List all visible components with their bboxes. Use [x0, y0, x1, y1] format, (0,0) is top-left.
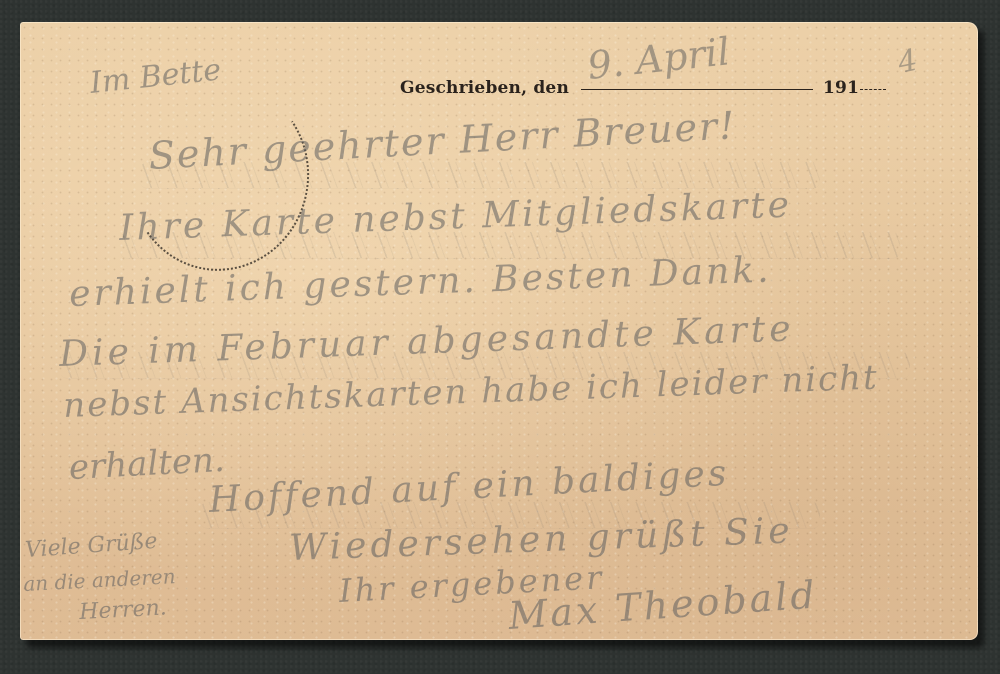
printed-year-prefix: 191 — [823, 78, 859, 98]
body-line-5: erhalten. — [68, 440, 226, 488]
pencil-stroke-texture — [120, 232, 900, 259]
year-underline — [860, 88, 886, 90]
printed-label: Geschrieben, den — [400, 78, 569, 98]
pencil-stroke-texture — [60, 352, 910, 379]
pencil-stroke-texture — [200, 502, 820, 529]
postcard: Geschrieben, den 191 9. April 4 Im Bette… — [20, 22, 978, 640]
handwritten-year-digit: 4 — [895, 43, 921, 81]
margin-note-line-2: an die anderen — [23, 564, 176, 596]
pencil-stroke-texture — [140, 162, 820, 189]
margin-note-line-1: Viele Grüße — [24, 529, 158, 563]
margin-note-line-3: Herren. — [79, 595, 168, 625]
date-underline — [581, 88, 813, 90]
